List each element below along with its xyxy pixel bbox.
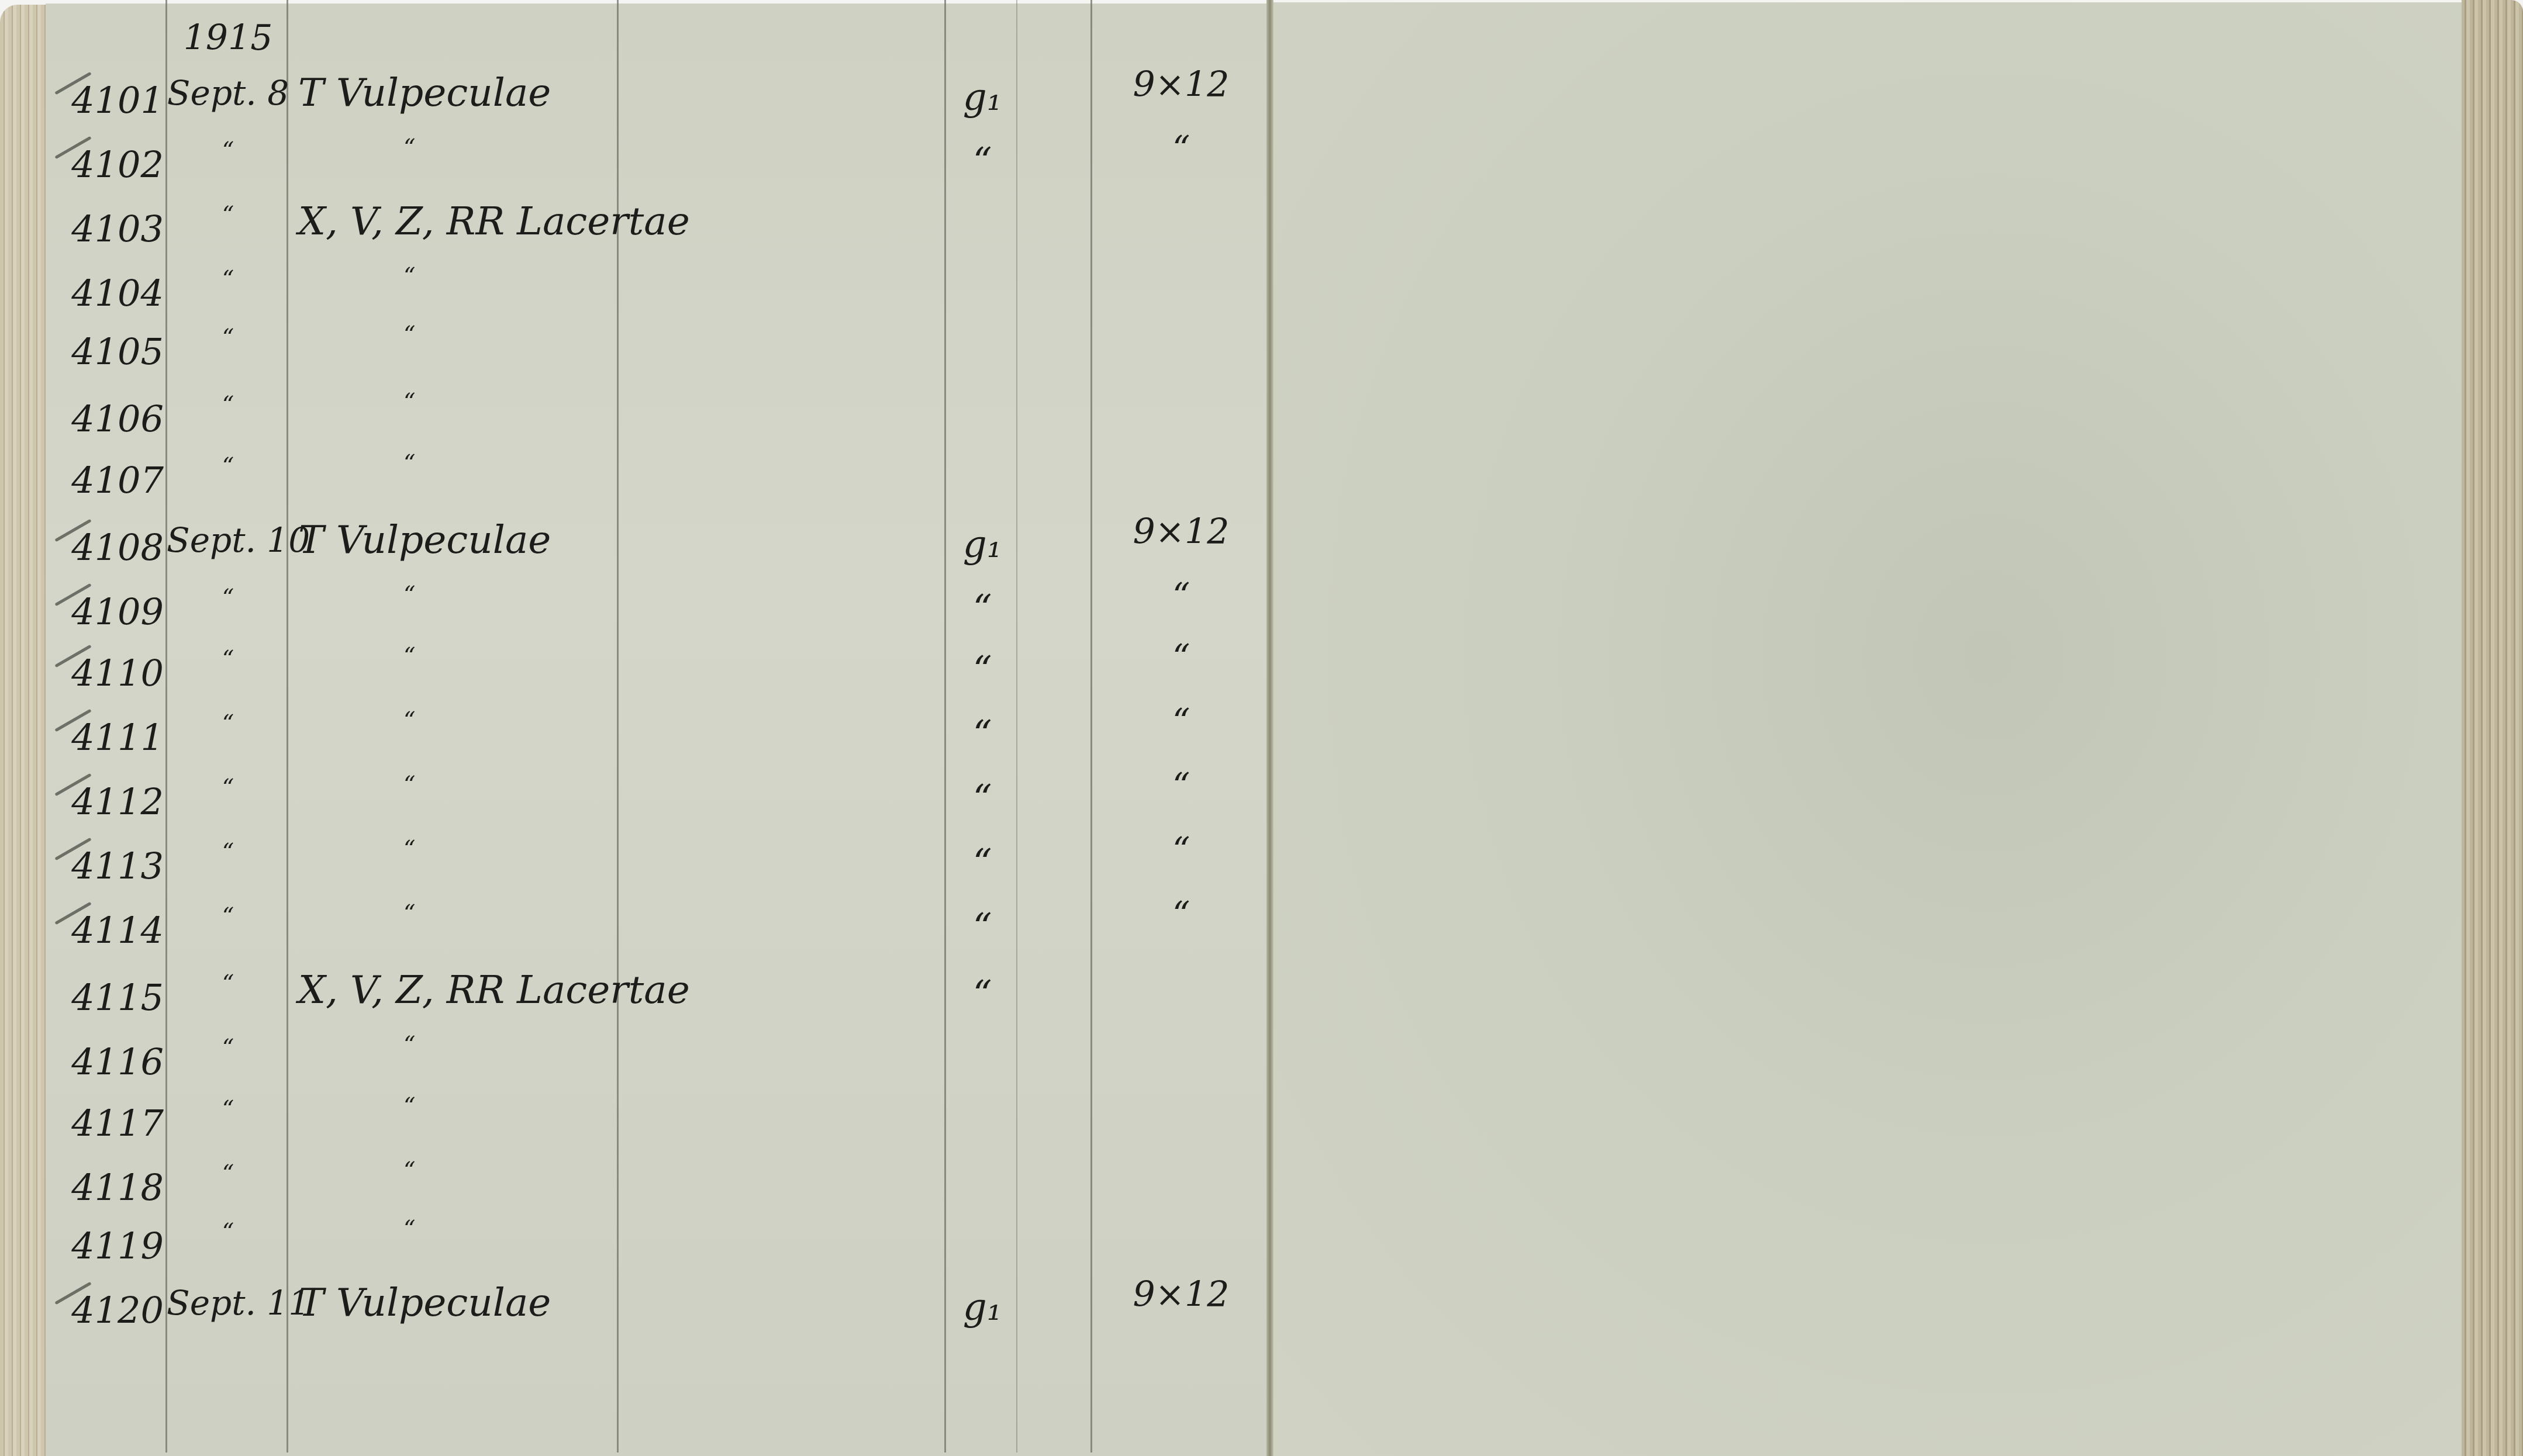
column-rule-blank [944, 0, 946, 1452]
emulsion-code: g₁ [947, 76, 1017, 119]
object-name: T Vulpeculae [298, 517, 551, 562]
plate-number: 4101 [70, 79, 164, 122]
observation-date: “ [167, 392, 289, 419]
object-name: “ [403, 582, 415, 608]
observation-date: “ [167, 137, 289, 164]
plate-number: 4102 [70, 143, 164, 186]
observation-date: “ [167, 585, 289, 611]
plate-number: 4106 [70, 397, 164, 440]
object-name: “ [403, 1216, 415, 1243]
plate-size: 9×12 [1093, 511, 1269, 552]
left-page-edges [0, 5, 47, 1456]
object-name: “ [403, 1093, 415, 1120]
right-page-blank [1273, 2, 2466, 1456]
column-rule-blank2 [1090, 0, 1092, 1452]
observation-date: “ [167, 1160, 289, 1187]
observation-date: “ [167, 1219, 289, 1246]
plate-size: 9×12 [1093, 64, 1269, 105]
observation-date: Sept. 11 [167, 1283, 289, 1323]
plate-number: 4116 [70, 1040, 164, 1083]
observation-date: “ [167, 839, 289, 866]
plate-number: 4105 [70, 330, 164, 373]
emulsion-code: “ [947, 842, 1017, 885]
object-name: T Vulpeculae [298, 70, 551, 115]
observation-date: “ [167, 324, 289, 351]
object-name: “ [403, 450, 415, 477]
object-name: “ [403, 836, 415, 863]
plate-size: “ [1093, 129, 1269, 170]
observation-date: Sept. 8 [167, 73, 289, 113]
object-name: “ [403, 321, 415, 348]
year-header: 1915 [167, 18, 289, 58]
plate-size: “ [1093, 576, 1269, 617]
plate-number: 4117 [70, 1102, 164, 1144]
plate-number: 4113 [70, 845, 164, 887]
plate-number: 4119 [70, 1225, 164, 1267]
plate-number: 4108 [70, 526, 164, 569]
object-name: “ [403, 900, 415, 927]
emulsion-code: “ [947, 973, 1017, 1016]
observation-date: “ [167, 1035, 289, 1061]
plate-number: 4114 [70, 909, 164, 952]
plate-number: 4115 [70, 976, 164, 1019]
observation-date: “ [167, 970, 289, 997]
right-page-edges [2462, 0, 2523, 1456]
observation-date: “ [167, 266, 289, 293]
plate-size: “ [1093, 766, 1269, 807]
emulsion-code: “ [947, 587, 1017, 631]
plate-size: “ [1093, 830, 1269, 871]
object-name: “ [403, 772, 415, 798]
observation-date: “ [167, 903, 289, 930]
object-name: “ [403, 643, 415, 670]
emulsion-code: “ [947, 140, 1017, 184]
object-name: X, V, Z, RR Lacertae [298, 967, 690, 1012]
object-name: “ [403, 389, 415, 416]
object-name: X, V, Z, RR Lacertae [298, 199, 690, 244]
observation-date: “ [167, 202, 289, 229]
plate-number: 4118 [70, 1166, 164, 1209]
emulsion-code: g₁ [947, 523, 1017, 566]
emulsion-code: “ [947, 906, 1017, 949]
emulsion-code: “ [947, 713, 1017, 756]
plate-size: “ [1093, 894, 1269, 935]
object-name: “ [403, 1032, 415, 1059]
emulsion-code: g₁ [947, 1286, 1017, 1329]
plate-number: 4107 [70, 459, 164, 502]
plate-number: 4111 [70, 716, 164, 759]
observation-date: “ [167, 453, 289, 480]
observation-date: “ [167, 710, 289, 737]
plate-size: “ [1093, 701, 1269, 742]
plate-number: 4110 [70, 652, 164, 694]
observation-date: “ [167, 1096, 289, 1123]
notebook-spread: 1915 4101Sept. 8T Vulpeculaeg₁9×124102““… [0, 0, 2523, 1456]
plate-number: 4104 [70, 272, 164, 314]
plate-number: 4103 [70, 207, 164, 250]
plate-number: 4112 [70, 780, 164, 823]
plate-number: 4120 [70, 1289, 164, 1332]
plate-size: 9×12 [1093, 1274, 1269, 1315]
emulsion-code: “ [947, 649, 1017, 692]
object-name: “ [403, 263, 415, 290]
observation-date: Sept. 10 [167, 520, 289, 560]
observation-date: “ [167, 774, 289, 801]
plate-number: 4109 [70, 590, 164, 633]
observation-date: “ [167, 646, 289, 673]
object-name: “ [403, 707, 415, 734]
emulsion-code: “ [947, 777, 1017, 821]
object-name: T Vulpeculae [298, 1280, 551, 1325]
object-name: “ [403, 1157, 415, 1184]
object-name: “ [403, 134, 415, 161]
plate-size: “ [1093, 637, 1269, 678]
